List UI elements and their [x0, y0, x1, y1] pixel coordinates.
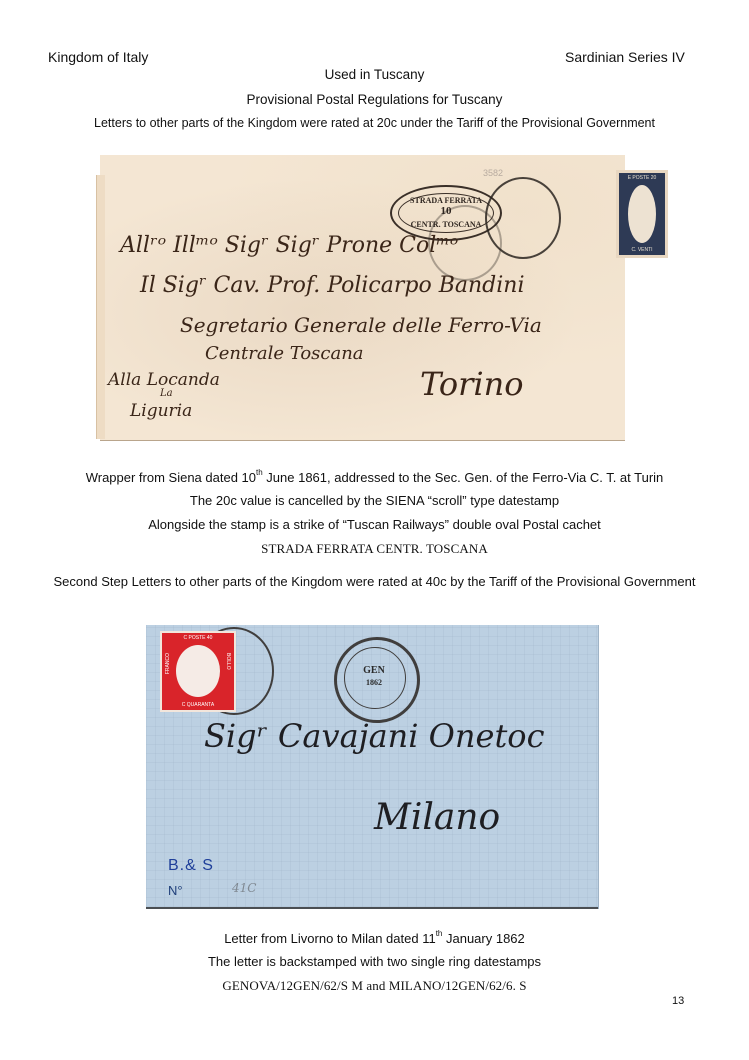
caption2-text-b: January 1862 — [442, 931, 524, 946]
caption1-text-a: Wrapper from Siena dated 10 — [86, 470, 256, 485]
caption2-line3: GENOVA/12GEN/62/S M and MILANO/12GEN/62/… — [0, 978, 749, 994]
address-line-3: Segretario Generale delle Ferro-Via — [180, 313, 542, 337]
cover-image-siena-wrapper: 3582 STRADA FERRATA 10 CENTR. TOSCANA E … — [100, 155, 625, 440]
caption1-sup: th — [256, 468, 263, 477]
caption2-line2: The letter is backstamped with two singl… — [0, 954, 749, 969]
stamp-bottom-text: C QUARANTA — [162, 702, 234, 708]
address-line-5: Alla Locanda — [108, 370, 220, 390]
stamp-right-text: BOLLO — [225, 653, 231, 670]
caption1-line4: STRADA FERRATA CENTR. TOSCANA — [0, 541, 749, 557]
b-and-s-handstamp: B.& S — [168, 857, 214, 875]
stamp-top-text: C POSTE 40 — [162, 635, 234, 641]
stamp-bottom-text: C. VENTI — [619, 247, 665, 253]
cachet-line1: STRADA FERRATA — [392, 196, 500, 205]
stamp-40c-red: C POSTE 40 FRANCO BOLLO C QUARANTA — [160, 631, 236, 712]
intro-text: Letters to other parts of the Kingdom we… — [0, 116, 749, 130]
stamp-portrait-oval — [628, 185, 656, 243]
stamp-portrait-oval — [176, 645, 220, 697]
address-line-1: Allʳᵒ Illᵐᵒ Sigʳ Sigʳ Prone Colᵐᵒ — [120, 233, 458, 258]
postmark-month: GEN — [344, 665, 404, 676]
header-right-title: Sardinian Series IV — [565, 49, 685, 65]
address-line-7: Liguria — [130, 401, 192, 421]
address-city: Torino — [420, 365, 524, 403]
caption2-line1: Letter from Livorno to Milan dated 11th … — [0, 931, 749, 946]
address-line-4: Centrale Toscana — [205, 343, 364, 364]
caption1-line3: Alongside the stamp is a strike of “Tusc… — [0, 517, 749, 532]
address-line-2: Il Sigʳ Cav. Prof. Policarpo Bandini — [140, 273, 524, 298]
stamp-20c-blue: E POSTE 20 C. VENTI — [616, 170, 668, 258]
page-subtitle: Provisional Postal Regulations for Tusca… — [0, 92, 749, 107]
caption1-line1: Wrapper from Siena dated 10th June 1861,… — [0, 470, 749, 485]
caption2-sup: th — [436, 929, 443, 938]
pencil-reference: 41C — [232, 881, 256, 895]
number-handstamp: N° — [168, 883, 183, 898]
address-line-1: Sigʳ Cavajani Onetoc — [204, 717, 544, 755]
page-title: Used in Tuscany — [0, 67, 749, 82]
section2-intro: Second Step Letters to other parts of th… — [0, 574, 749, 589]
caption1-line2: The 20c value is cancelled by the SIENA … — [0, 493, 749, 508]
address-line-6: La — [160, 388, 173, 399]
caption2-text-a: Letter from Livorno to Milan dated 11 — [224, 931, 436, 946]
caption1-text-b: June 1861, addressed to the Sec. Gen. of… — [263, 470, 664, 485]
stamp-left-text: FRANCO — [165, 653, 171, 674]
wrapper-fold — [96, 175, 105, 439]
address-city: Milano — [374, 797, 500, 838]
cover-image-livorno-letter: C POSTE 40 FRANCO BOLLO C QUARANTA GEN 1… — [146, 625, 598, 909]
stamp-top-text: E POSTE 20 — [619, 175, 665, 181]
postmark-year: 1862 — [344, 678, 404, 687]
pencil-inventory-number: 3582 — [483, 168, 503, 178]
page-number: 13 — [672, 995, 684, 1007]
header-left-title: Kingdom of Italy — [48, 49, 148, 65]
